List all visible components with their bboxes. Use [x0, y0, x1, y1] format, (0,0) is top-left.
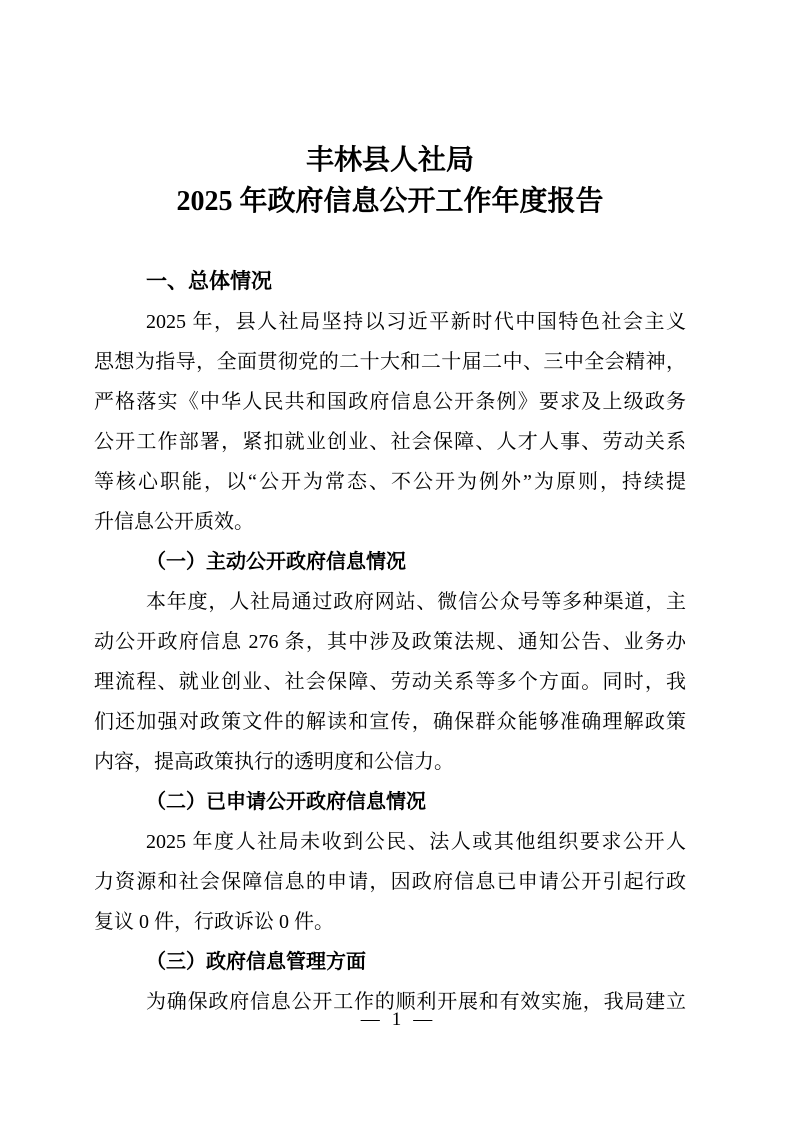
document-body: 一、总体情况 2025 年，县人社局坚持以习近平新时代中国特色社会主义 思想为指… [94, 262, 686, 1022]
paragraph-line: 本年度，人社局通过政府网站、微信公众号等多种渠道，主 [94, 582, 686, 622]
document-title-line-2: 2025 年政府信息公开工作年度报告 [94, 181, 686, 222]
document-title: 丰林县人社局 2025 年政府信息公开工作年度报告 [94, 140, 686, 222]
document-page: 丰林县人社局 2025 年政府信息公开工作年度报告 一、总体情况 2025 年，… [0, 0, 793, 1122]
subsection-heading-proactive-disclosure: （一）主动公开政府信息情况 [94, 542, 686, 582]
paragraph-line: 们还加强对政策文件的解读和宣传，确保群众能够准确理解政策 [94, 702, 686, 742]
page-footer: —1— [0, 1005, 793, 1035]
subsection-heading-disclosure-upon-request: （二）已申请公开政府信息情况 [94, 782, 686, 822]
paragraph-line: 等核心职能，以“公开为常态、不公开为例外”为原则，持续提 [94, 462, 686, 502]
paragraph-line: 2025 年，县人社局坚持以习近平新时代中国特色社会主义 [94, 302, 686, 342]
paragraph-line: 升信息公开质效。 [94, 502, 686, 542]
page-number: 1 [392, 1009, 402, 1030]
paragraph-line: 思想为指导，全面贯彻党的二十大和二十届二中、三中全会精神， [94, 342, 686, 382]
document-title-line-1: 丰林县人社局 [94, 140, 686, 181]
paragraph-line: 内容，提高政策执行的透明度和公信力。 [94, 742, 686, 782]
section-heading-overall-situation: 一、总体情况 [94, 262, 686, 302]
paragraph-line: 2025 年度人社局未收到公民、法人或其他组织要求公开人 [94, 822, 686, 862]
footer-left-dash: — [361, 1009, 380, 1030]
paragraph-line: 严格落实《中华人民共和国政府信息公开条例》要求及上级政务 [94, 382, 686, 422]
paragraph-line: 动公开政府信息 276 条，其中涉及政策法规、通知公告、业务办 [94, 622, 686, 662]
paragraph-line: 理流程、就业创业、社会保障、劳动关系等多个方面。同时，我 [94, 662, 686, 702]
paragraph-line: 力资源和社会保障信息的申请，因政府信息已申请公开引起行政 [94, 862, 686, 902]
subsection-heading-information-management: （三）政府信息管理方面 [94, 942, 686, 982]
paragraph-line: 复议 0 件，行政诉讼 0 件。 [94, 902, 686, 942]
paragraph-line: 公开工作部署，紧扣就业创业、社会保障、人才人事、劳动关系 [94, 422, 686, 462]
footer-right-dash: — [413, 1009, 432, 1030]
